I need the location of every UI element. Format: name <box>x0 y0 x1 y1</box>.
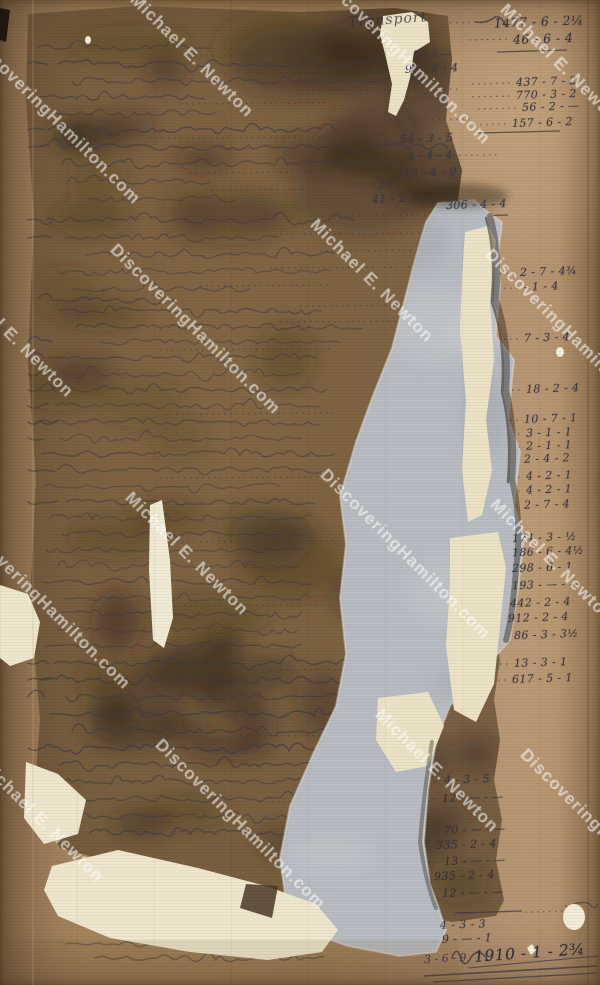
stain-blob <box>431 863 488 902</box>
footer-amount: 3 - 6 - 9 <box>424 951 467 966</box>
dotted-leader <box>468 124 506 125</box>
manuscript-page: Transport 1477 - 6 - 2¼46 - 6 - 4437 - 7… <box>0 0 600 985</box>
stain-blob <box>52 197 131 237</box>
dotted-leader <box>469 39 507 40</box>
dotted-leader <box>478 108 516 109</box>
dotted-leader <box>472 96 510 97</box>
stain-blob <box>218 506 315 545</box>
stain-blob <box>204 633 247 657</box>
dotted-leader <box>472 83 510 84</box>
dotted-leader <box>525 911 566 912</box>
stain-blob <box>456 736 497 770</box>
handwriting-line <box>476 17 506 26</box>
document-artwork <box>0 0 600 985</box>
stain-blob <box>277 135 343 177</box>
tissue-blob <box>284 837 374 872</box>
stain-blob <box>231 655 297 691</box>
stain-blob <box>164 184 220 241</box>
stain-blob <box>256 324 315 390</box>
stain-blob <box>57 298 142 332</box>
